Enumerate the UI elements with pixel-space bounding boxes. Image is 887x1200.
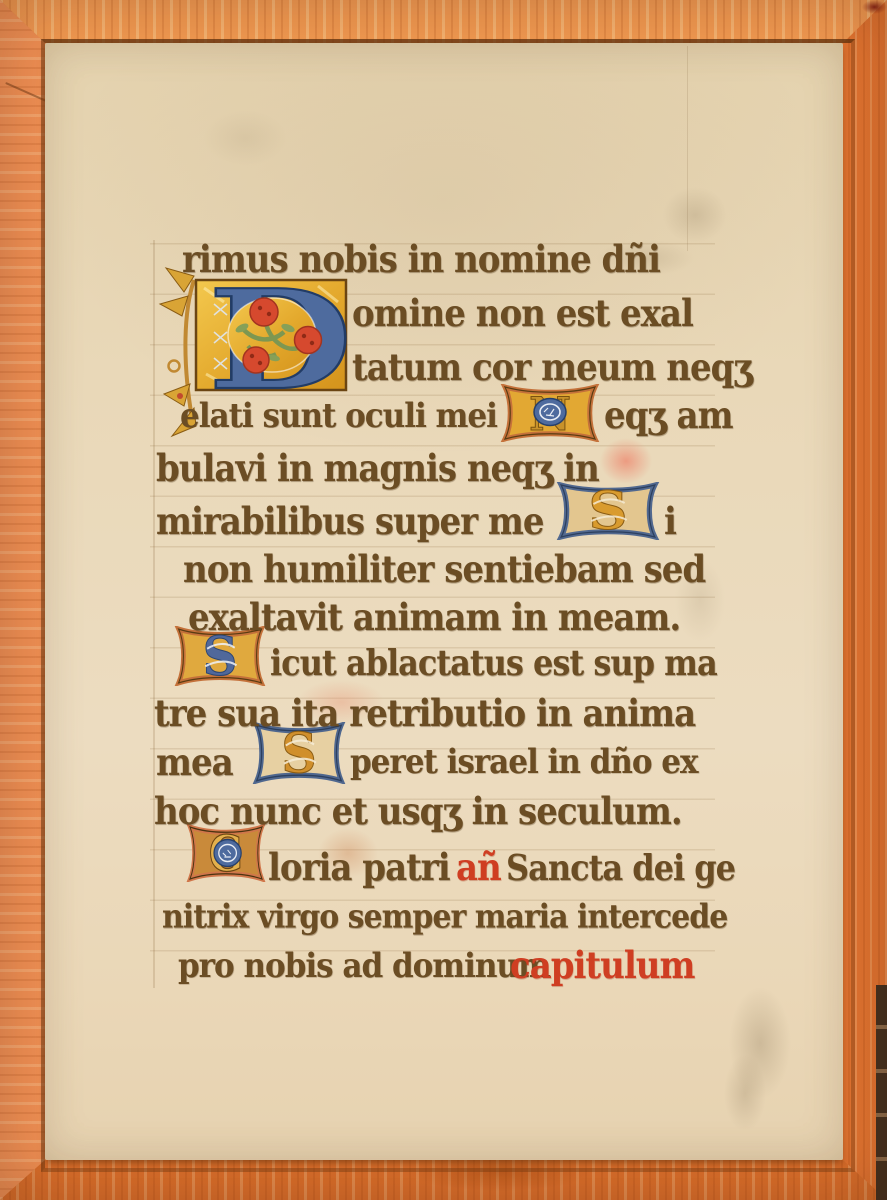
text-line-15a: pro nobis ad dominum (178, 946, 550, 986)
text-line-11b: peret israel in dño ex (350, 742, 698, 782)
text-line-6a: mirabilibus super me (156, 500, 543, 544)
text-line-5: bulavi in magnis neqʒ in (156, 447, 599, 491)
rubric-antiphon-abbrev: añ (456, 846, 501, 890)
illuminated-initial-n: N (500, 384, 600, 442)
text-line-11a: mea (156, 741, 233, 785)
text-line-9: icut ablactatus est sup ma (270, 642, 717, 684)
text-line-13a: loria patri (268, 846, 450, 890)
text-line-6b: i (664, 500, 676, 544)
frame-corner-blemish (862, 0, 887, 14)
text-line-12: hoc nunc et usqʒ in seculum. (154, 790, 682, 834)
text-line-2: omine non est exal (352, 292, 693, 336)
rubric-capitulum: capitulum (510, 944, 694, 988)
text-line-13c: Sancta dei ge (506, 847, 735, 889)
text-line-10: tre sua ita retributio in anima (154, 692, 695, 736)
text-line-8: exaltavit animam in meam. (188, 596, 680, 640)
fold-line (687, 46, 688, 251)
text-line-4b: eqʒ am (604, 394, 733, 438)
text-line-4a: elati sunt oculi mei (180, 396, 497, 436)
text-line-1: rimus nobis in nomine dñi (182, 238, 660, 282)
text-line-7: non humiliter sentiebam sed (183, 548, 705, 592)
text-line-14: nitrix virgo semper maria intercede (162, 898, 727, 937)
photo-edge-sliver (876, 985, 887, 1200)
framed-manuscript-photo: D N S (0, 0, 887, 1200)
text-line-3: tatum cor meum neqʒ (352, 346, 752, 390)
